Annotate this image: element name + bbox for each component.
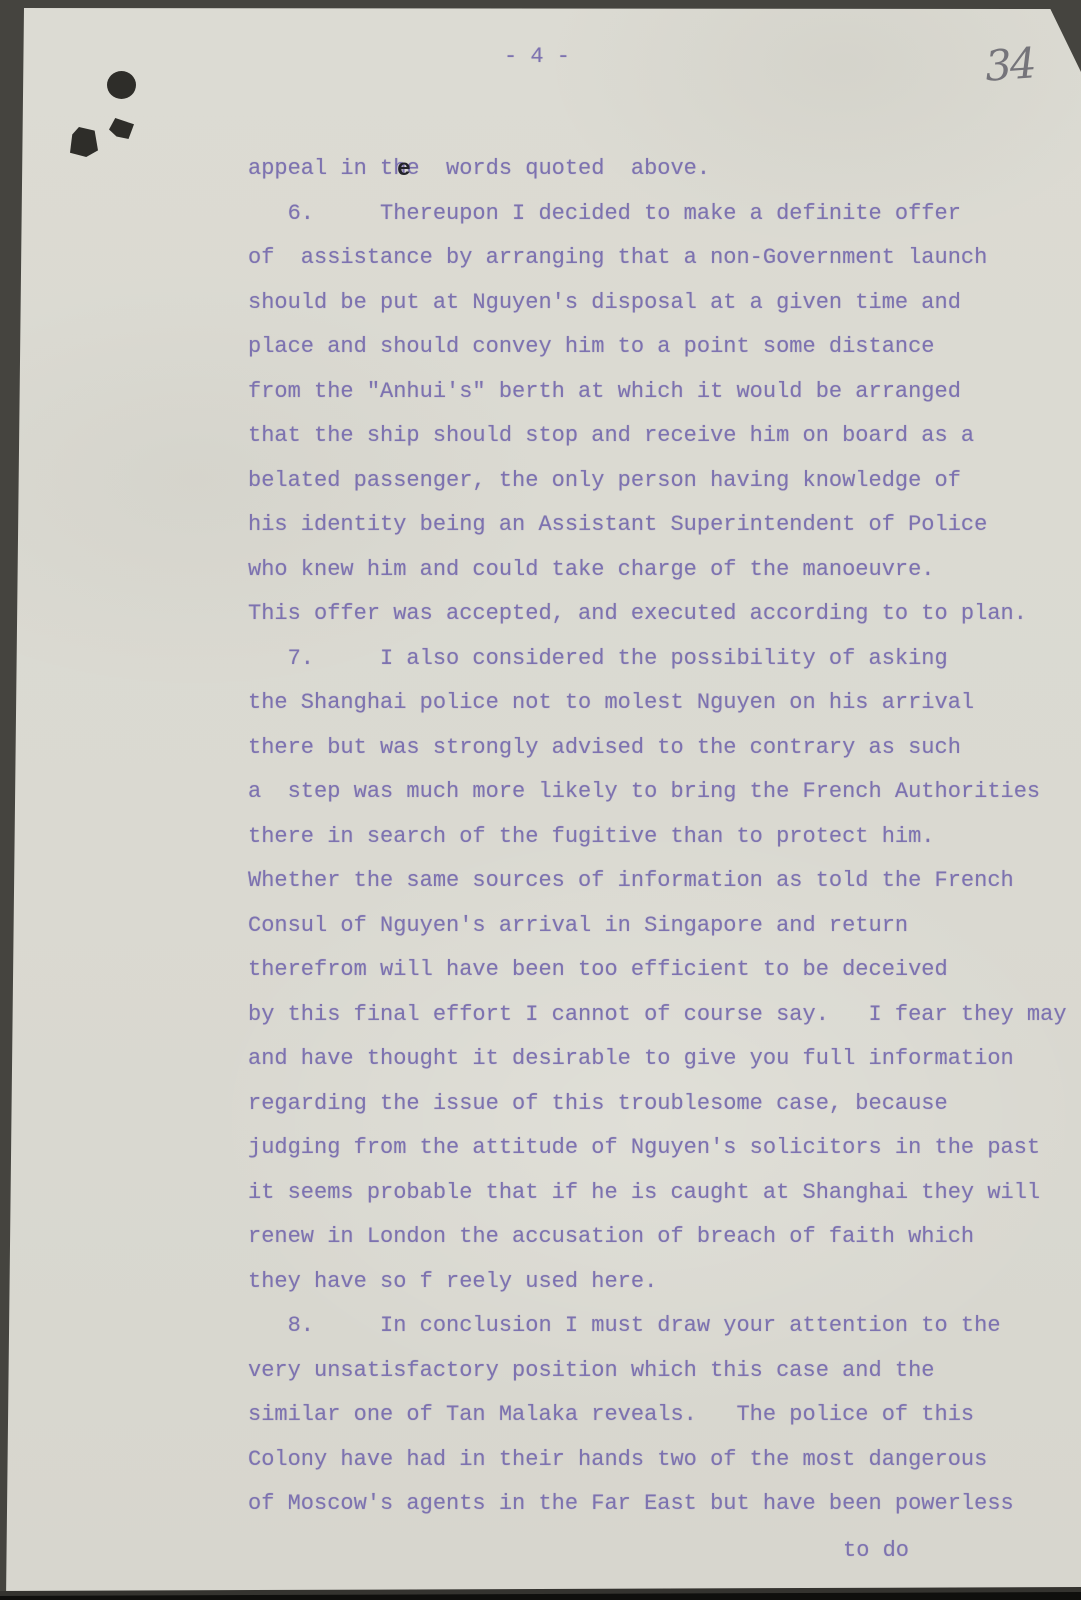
page-number-header: - 4 - xyxy=(504,44,570,69)
typed-line: This offer was accepted, and executed ac… xyxy=(248,592,1067,637)
typed-line: 6. Thereupon I decided to make a definit… xyxy=(248,192,1067,237)
typed-line: appeal in the words quoted above. xyxy=(248,147,1067,192)
overstrike-char: e xyxy=(397,156,411,182)
document-page: - 4 - 34 appeal in the words quoted abov… xyxy=(0,0,1081,1600)
typed-line: of Moscow's agents in the Far East but h… xyxy=(248,1482,1067,1527)
typed-line: who knew him and could take charge of th… xyxy=(248,548,1067,593)
typed-line: they have so f reely used here. xyxy=(248,1260,1067,1305)
punch-hole-small xyxy=(109,118,134,139)
typed-line: should be put at Nguyen's disposal at a … xyxy=(248,281,1067,326)
typed-line: and have thought it desirable to give yo… xyxy=(248,1037,1067,1082)
punch-hole-round xyxy=(107,71,136,99)
typed-line: a step was much more likely to bring the… xyxy=(248,770,1067,815)
typed-line: there but was strongly advised to the co… xyxy=(248,726,1067,771)
typed-line: 8. In conclusion I must draw your attent… xyxy=(248,1304,1067,1349)
typed-line: 7. I also considered the possibility of … xyxy=(248,637,1067,682)
typed-line: very unsatisfactory position which this … xyxy=(248,1349,1067,1394)
typed-line: similar one of Tan Malaka reveals. The p… xyxy=(248,1393,1067,1438)
typed-line: judging from the attitude of Nguyen's so… xyxy=(248,1126,1067,1171)
typed-line: therefrom will have been too efficient t… xyxy=(248,948,1067,993)
typed-line: renew in London the accusation of breach… xyxy=(248,1215,1067,1260)
typed-line: his identity being an Assistant Superint… xyxy=(248,503,1067,548)
catchword: to do xyxy=(843,1538,909,1563)
photo-background: - 4 - 34 appeal in the words quoted abov… xyxy=(0,0,1081,1600)
folio-number: 34 xyxy=(983,38,1036,90)
typed-line: it seems probable that if he is caught a… xyxy=(248,1171,1067,1216)
typed-line: by this final effort I cannot of course … xyxy=(248,993,1067,1038)
typed-line: belated passenger, the only person havin… xyxy=(248,459,1067,504)
typed-line: of assistance by arranging that a non-Go… xyxy=(248,236,1067,281)
typed-line: the Shanghai police not to molest Nguyen… xyxy=(248,681,1067,726)
typed-line: Consul of Nguyen's arrival in Singapore … xyxy=(248,904,1067,949)
typed-line: there in search of the fugitive than to … xyxy=(248,815,1067,860)
typed-line: regarding the issue of this troublesome … xyxy=(248,1082,1067,1127)
typed-line: from the "Anhui's" berth at which it wou… xyxy=(248,370,1067,415)
typed-line: that the ship should stop and receive hi… xyxy=(248,414,1067,459)
typed-line: place and should convey him to a point s… xyxy=(248,325,1067,370)
typed-line: Colony have had in their hands two of th… xyxy=(248,1438,1067,1483)
typed-body: appeal in the words quoted above. 6. The… xyxy=(248,147,1067,1527)
punch-hole-torn xyxy=(70,127,98,157)
typed-line: Whether the same sources of information … xyxy=(248,859,1067,904)
